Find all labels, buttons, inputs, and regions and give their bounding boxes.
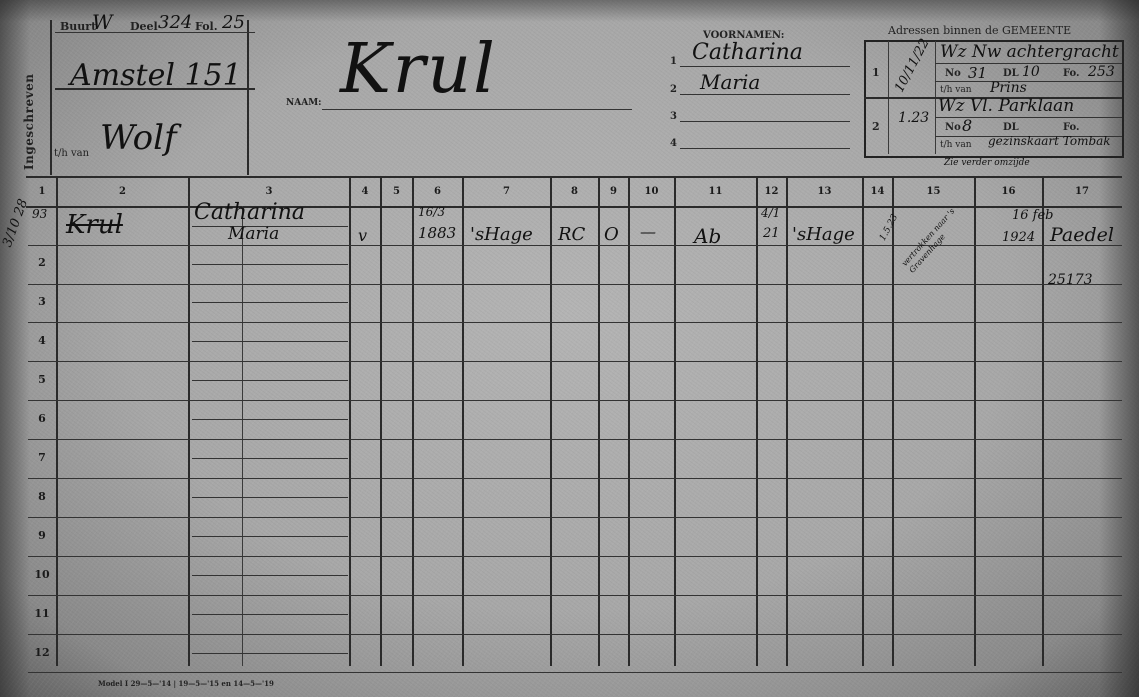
addr-2-th-label: t/h van (940, 140, 972, 150)
row-line-12 (28, 672, 1122, 673)
buurt-underline (55, 32, 255, 33)
cell-c16-line1: 16 feb (1012, 208, 1054, 223)
col-header-4: 4 (350, 186, 380, 197)
row-line-8 (28, 517, 1122, 518)
col-line-14 (892, 176, 894, 666)
voornaam-line-3 (680, 121, 850, 122)
cell-c10: — (640, 222, 656, 241)
row-number-2: 2 (28, 256, 56, 269)
row-line-3 (28, 322, 1122, 323)
addr-1-dl-value: 10 (1022, 64, 1040, 80)
col3-subline-12 (192, 653, 348, 654)
row-line-6 (28, 439, 1122, 440)
col3-subline-8 (192, 497, 348, 498)
addresses-title: Adressen binnen de GEMEENTE (888, 24, 1071, 37)
voornaam-num-4: 4 (670, 138, 677, 149)
buurt-value: W (92, 10, 113, 34)
col3-subline-10 (192, 575, 348, 576)
naam-underline (322, 109, 632, 110)
addr-1-num: 1 (872, 66, 880, 79)
row-line-10 (28, 595, 1122, 596)
addr-2-no-value: 8 (962, 116, 972, 135)
cell-c9: O (604, 224, 619, 245)
col-header-14: 14 (863, 186, 892, 197)
row-line-4 (28, 361, 1122, 362)
th-van-label: t/h van (54, 148, 89, 159)
folio-value: 25 (222, 12, 245, 33)
col-line-15 (974, 176, 976, 666)
surname-value: Krul (340, 30, 497, 109)
cell-c6-line2: 1883 (418, 224, 456, 242)
addr-1-fo-label: Fo. (1063, 68, 1080, 79)
cell-c2-surname: Krul (66, 210, 123, 240)
row-number-10: 10 (28, 568, 56, 581)
row-number-6: 6 (28, 412, 56, 425)
col-header-6: 6 (413, 186, 462, 197)
address-underline (55, 88, 255, 90)
col-line-3a (242, 206, 243, 666)
addr-2-date: 1.23 (898, 110, 929, 126)
col-header-10: 10 (629, 186, 674, 197)
cell-c12-line2: 21 (763, 226, 780, 241)
cell-c13-place: 'sHage (792, 224, 855, 245)
col3-subline-5 (192, 380, 348, 381)
naam-label: NAAM: (286, 98, 321, 108)
voornaam-num-3: 3 (670, 111, 677, 122)
addr-1-dl-label: DL (1003, 68, 1019, 79)
col-line-12 (786, 176, 788, 666)
row-line-9 (28, 556, 1122, 557)
row-number-5: 5 (28, 373, 56, 386)
col-header-17: 17 (1043, 186, 1121, 197)
table-top-border (26, 176, 1122, 178)
col-line-10 (674, 176, 676, 666)
col-header-13: 13 (787, 186, 862, 197)
cell-c4-sex: v (358, 226, 367, 245)
col-line-8 (598, 176, 600, 666)
th-van-value: Wolf (100, 118, 177, 158)
col-line-16 (1042, 176, 1044, 666)
col-line-9 (628, 176, 630, 666)
voornaam-line-1 (680, 66, 850, 67)
col-header-11: 11 (675, 186, 756, 197)
col-header-3: 3 (189, 186, 349, 197)
row-line-2 (28, 284, 1122, 285)
col-line-13 (862, 176, 864, 666)
addr-2-th-value: gezinskaart Tombak (988, 134, 1111, 148)
addresses-footer: Zie verder omzijde (944, 158, 1030, 168)
addr-2-dl-label: DL (1003, 122, 1019, 133)
cell-c16-line2: 1924 (1002, 230, 1035, 245)
voornaam-num-2: 2 (670, 84, 677, 95)
col3-subline-7 (192, 458, 348, 459)
col3-subline-11 (192, 614, 348, 615)
cell-c17-line2: 25173 (1048, 272, 1093, 288)
addr-1-street: Wz Nw achtergracht (940, 42, 1119, 62)
cell-c7-birthplace: 'sHage (470, 224, 533, 245)
col-header-2: 2 (57, 186, 188, 197)
addr-1-th-value: Prins (990, 80, 1027, 96)
row-number-9: 9 (28, 529, 56, 542)
addr-1-fo-value: 253 (1088, 64, 1115, 80)
reg-box-left-border (50, 20, 52, 175)
col-header-1: 1 (28, 186, 56, 197)
col3-subline-3 (192, 302, 348, 303)
col3-subline-6 (192, 419, 348, 420)
voornaam-2: Maria (700, 70, 760, 94)
addr-1-no-value: 31 (968, 64, 987, 82)
ingeschreven-label: Ingeschreven (22, 40, 42, 170)
col-line-6 (462, 176, 464, 666)
reg-box-right-border (247, 20, 249, 175)
addr-2-fo-label: Fo. (1063, 122, 1080, 133)
col-line-11 (756, 176, 758, 666)
col-header-8: 8 (551, 186, 598, 197)
register-card: Ingeschreven Buurt W Deel 324 Fol. 25 Am… (0, 0, 1139, 697)
cell-c8-religion: RC (558, 224, 585, 245)
row-number-4: 4 (28, 334, 56, 347)
row-number-8: 8 (28, 490, 56, 503)
col3-subline-9 (192, 536, 348, 537)
col-line-1 (56, 176, 58, 666)
row-line-7 (28, 478, 1122, 479)
col-line-2 (188, 176, 190, 666)
cell-c12-line1: 4/1 (761, 206, 780, 220)
col-line-7 (550, 176, 552, 666)
col-header-12: 12 (757, 186, 786, 197)
deel-value: 324 (158, 12, 192, 33)
voornaam-1: Catharina (692, 40, 803, 65)
cell-c14-date: 1.5.23 (878, 213, 900, 243)
col-line-5 (412, 176, 414, 666)
cell-c1: 93 (32, 207, 47, 221)
cell-c15-note: vertrokken naar 's Gravenhage (900, 188, 982, 276)
addr-1-no-line (935, 81, 1122, 82)
addr-2-num: 2 (872, 120, 880, 133)
addr-2-street: Wz Vl. Parklaan (938, 96, 1074, 116)
addr-1-th-label: t/h van (940, 85, 972, 95)
row-number-11: 11 (28, 607, 56, 620)
voornaam-num-1: 1 (670, 56, 677, 67)
row-number-12: 12 (28, 646, 56, 659)
col-line-4 (380, 176, 382, 666)
col-line-3 (349, 176, 351, 666)
col3-subline-4 (192, 341, 348, 342)
form-model-text: Model I 29—5—'14 | 19—5—'15 en 14—5—'19 (98, 679, 274, 688)
addr-1-no-label: No (945, 68, 961, 79)
row-number-3: 3 (28, 295, 56, 308)
row-line-5 (28, 400, 1122, 401)
addr-2-no-label: No (945, 122, 961, 133)
cell-c3-line2: Maria (228, 224, 279, 244)
cell-c17-line1: Paedel (1050, 224, 1114, 246)
col-header-16: 16 (975, 186, 1042, 197)
cell-c6-line1: 16/3 (418, 205, 445, 219)
col-header-9: 9 (599, 186, 628, 197)
row-line-11 (28, 634, 1122, 635)
col3-subline-2 (192, 264, 348, 265)
cell-c11: Ab (694, 224, 721, 248)
cell-c3-line1: Catharina (194, 200, 305, 225)
row-number-7: 7 (28, 451, 56, 464)
col-header-7: 7 (463, 186, 550, 197)
voornaam-line-2 (680, 94, 850, 95)
row-line-1 (28, 245, 1122, 246)
col-header-5: 5 (381, 186, 412, 197)
voornaam-line-4 (680, 148, 850, 149)
